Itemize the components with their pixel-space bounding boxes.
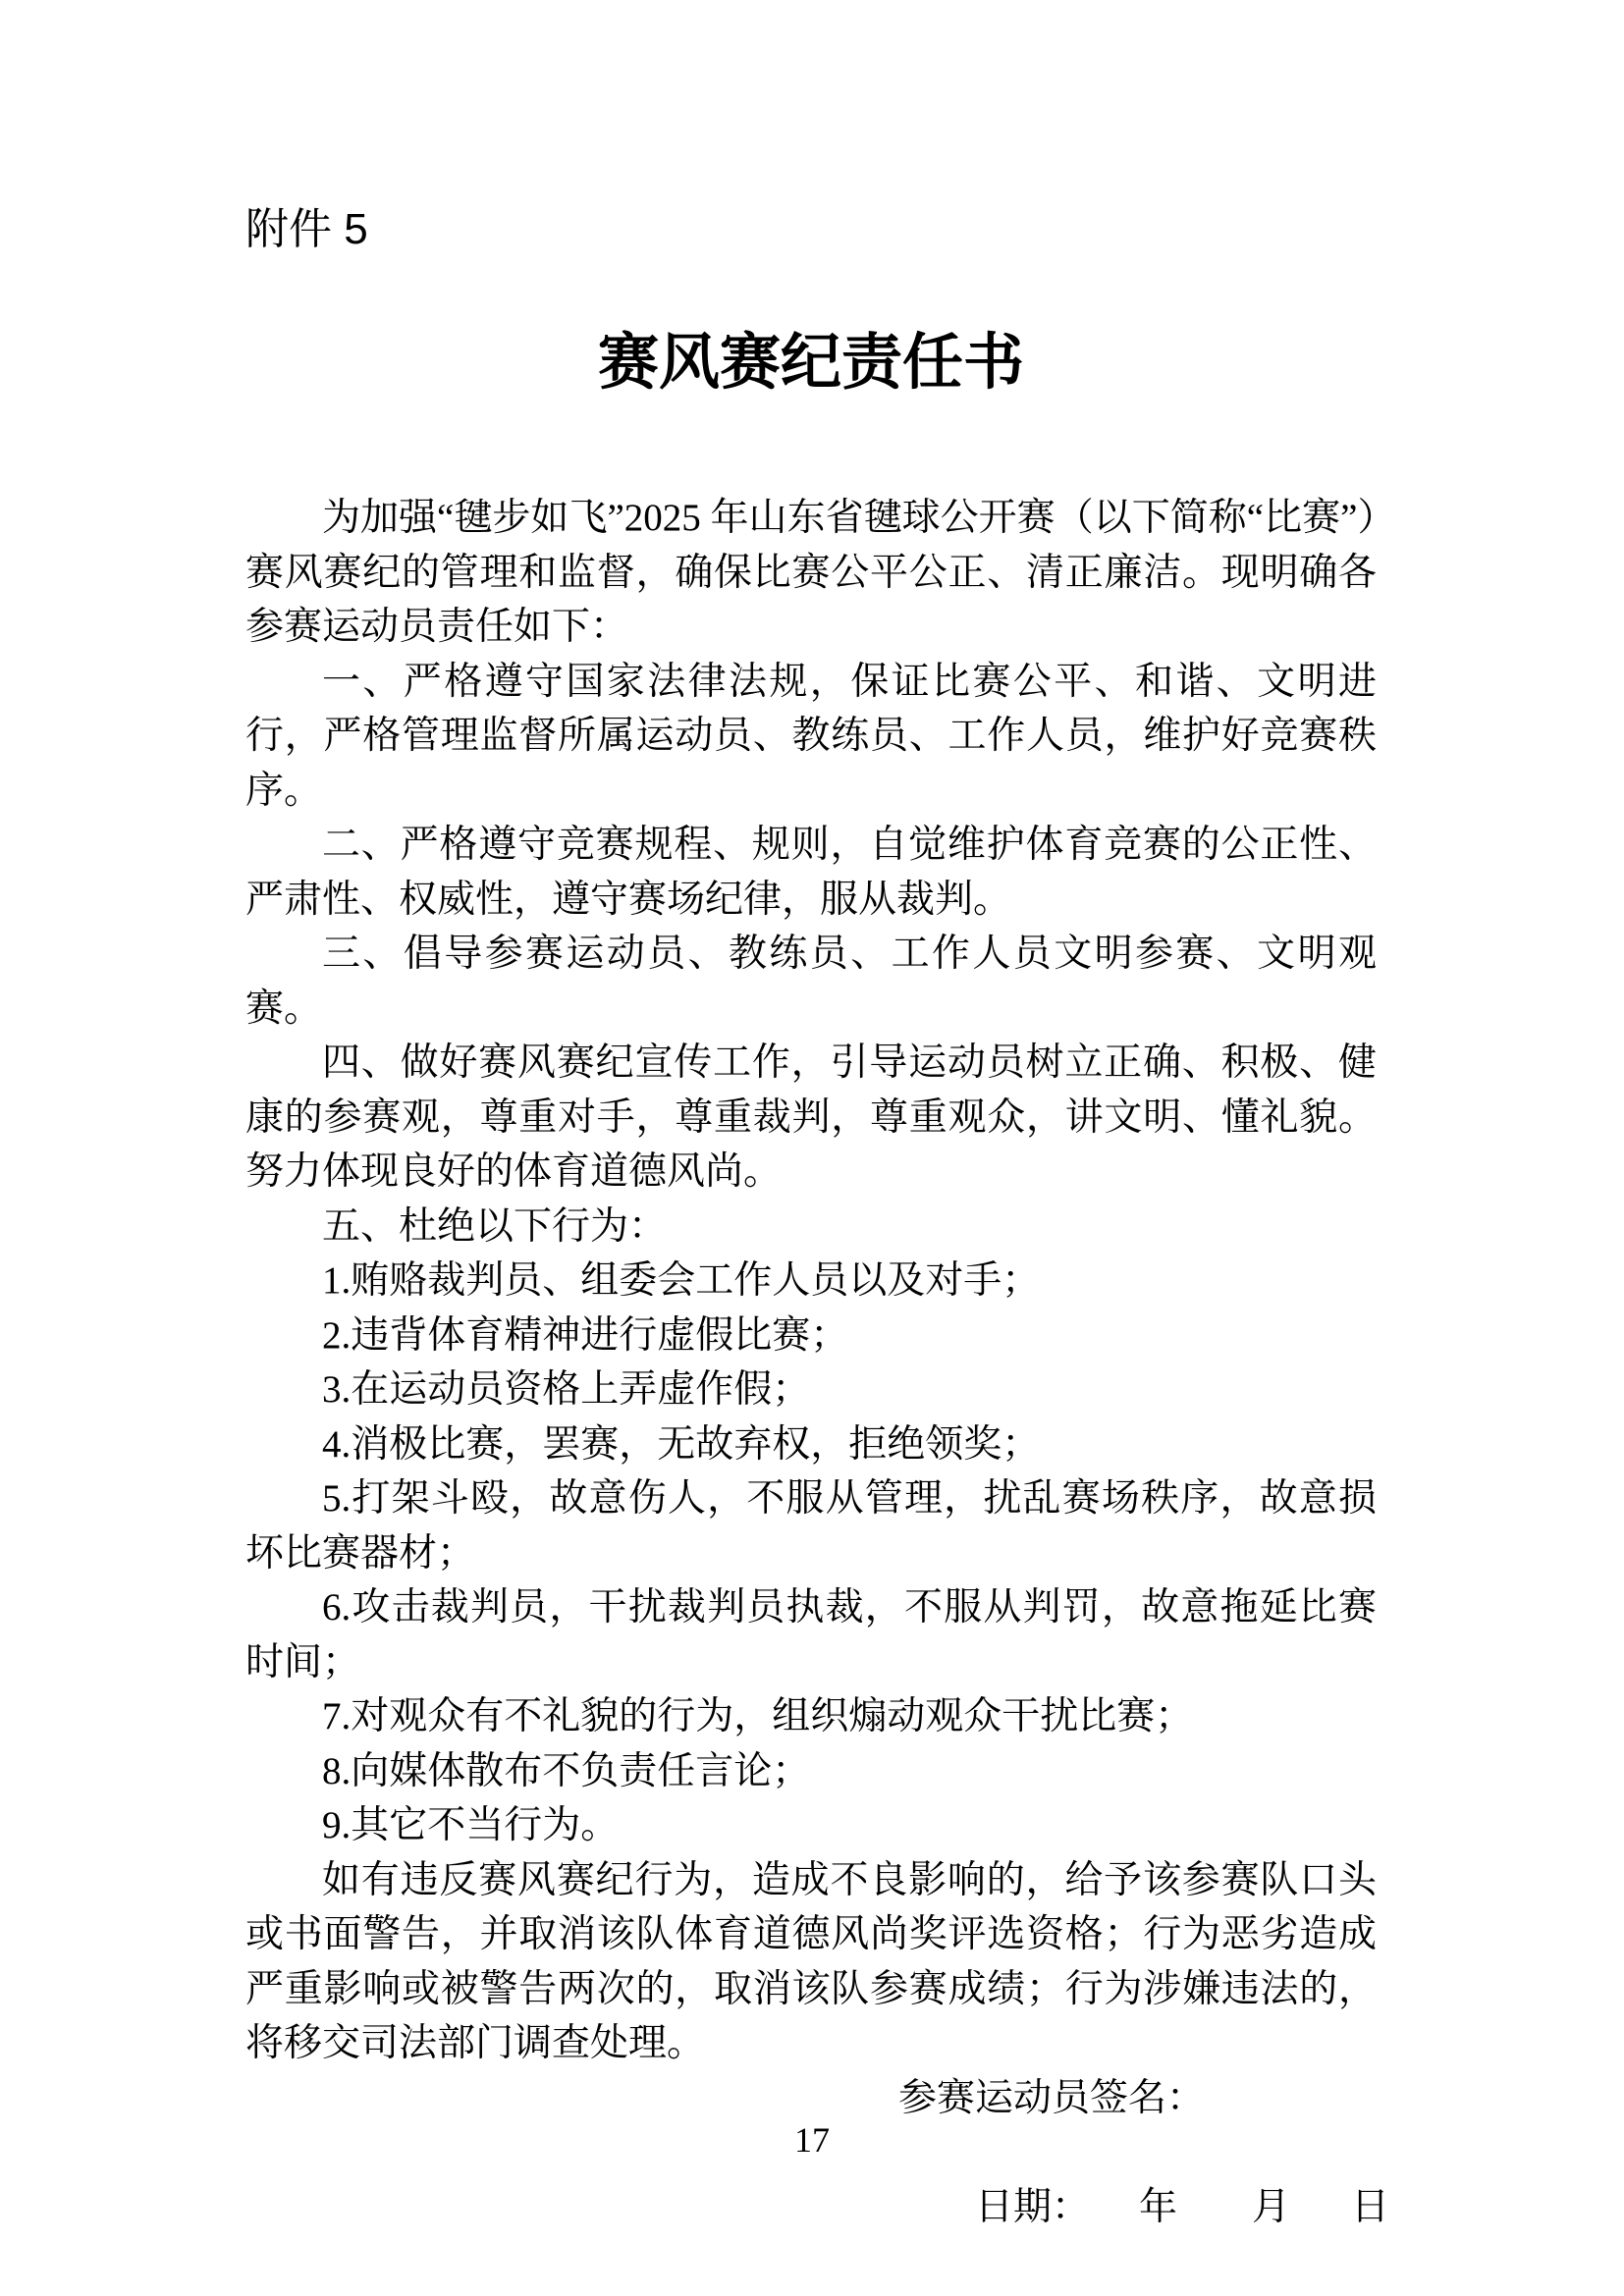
paragraph: 二、严格遵守竞赛规程、规则，自觉维护体育竞赛的公正性、严肃性、权威性，遵守赛场纪… bbox=[245, 818, 1377, 927]
page-number: 17 bbox=[0, 2112, 1624, 2167]
document-content: 附件 5 赛风赛纪责任书 为加强“毽步如飞”2025 年山东省毽球公开赛（以下简… bbox=[245, 202, 1377, 2289]
paragraph: 4.消极比赛，罢赛，无故弃权，拒绝领奖； bbox=[245, 1417, 1377, 1472]
day-label: 日 bbox=[1351, 2186, 1389, 2228]
paragraph: 四、做好赛风赛纪宣传工作，引导运动员树立正确、积极、健康的参赛观，尊重对手，尊重… bbox=[245, 1036, 1377, 1200]
paragraph: 2.违背体育精神进行虚假比赛； bbox=[245, 1308, 1377, 1363]
paragraph: 8.向媒体散布不负责任言论； bbox=[245, 1744, 1377, 1799]
attachment-label: 附件 5 bbox=[245, 202, 1377, 257]
signature-block: 参赛运动员签名： 日期：年月日 bbox=[898, 2071, 1377, 2289]
year-label: 年 bbox=[1139, 2186, 1177, 2228]
paragraph: 9.其它不当行为。 bbox=[245, 1798, 1377, 1853]
paragraph: 三、倡导参赛运动员、教练员、工作人员文明参赛、文明观赛。 bbox=[245, 927, 1377, 1036]
paragraph: 五、杜绝以下行为： bbox=[245, 1200, 1377, 1255]
document-title: 赛风赛纪责任书 bbox=[245, 316, 1377, 410]
paragraph: 为加强“毽步如飞”2025 年山东省毽球公开赛（以下简称“比赛”）赛风赛纪的管理… bbox=[245, 491, 1377, 655]
paragraph: 3.在运动员资格上弄虚作假； bbox=[245, 1362, 1377, 1417]
month-label: 月 bbox=[1252, 2186, 1290, 2228]
paragraph: 5.打架斗殴，故意伤人，不服从管理，扰乱赛场秩序，故意损坏比赛器材； bbox=[245, 1471, 1377, 1580]
paragraph: 如有违反赛风赛纪行为，造成不良影响的，给予该参赛队口头或书面警告，并取消该队体育… bbox=[245, 1853, 1377, 2071]
document-body: 为加强“毽步如飞”2025 年山东省毽球公开赛（以下简称“比赛”）赛风赛纪的管理… bbox=[245, 491, 1377, 2071]
paragraph: 一、严格遵守国家法律法规，保证比赛公平、和谐、文明进行，严格管理监督所属运动员、… bbox=[245, 655, 1377, 819]
document-page: 附件 5 赛风赛纪责任书 为加强“毽步如飞”2025 年山东省毽球公开赛（以下简… bbox=[0, 0, 1624, 2296]
paragraph: 7.对观众有不礼貌的行为，组织煽动观众干扰比赛； bbox=[245, 1689, 1377, 1744]
paragraph: 1.贿赂裁判员、组委会工作人员以及对手； bbox=[245, 1254, 1377, 1308]
paragraph: 6.攻击裁判员，干扰裁判员执裁，不服从判罚，故意拖延比赛时间； bbox=[245, 1580, 1377, 1689]
date-label: 日期： bbox=[975, 2186, 1090, 2228]
